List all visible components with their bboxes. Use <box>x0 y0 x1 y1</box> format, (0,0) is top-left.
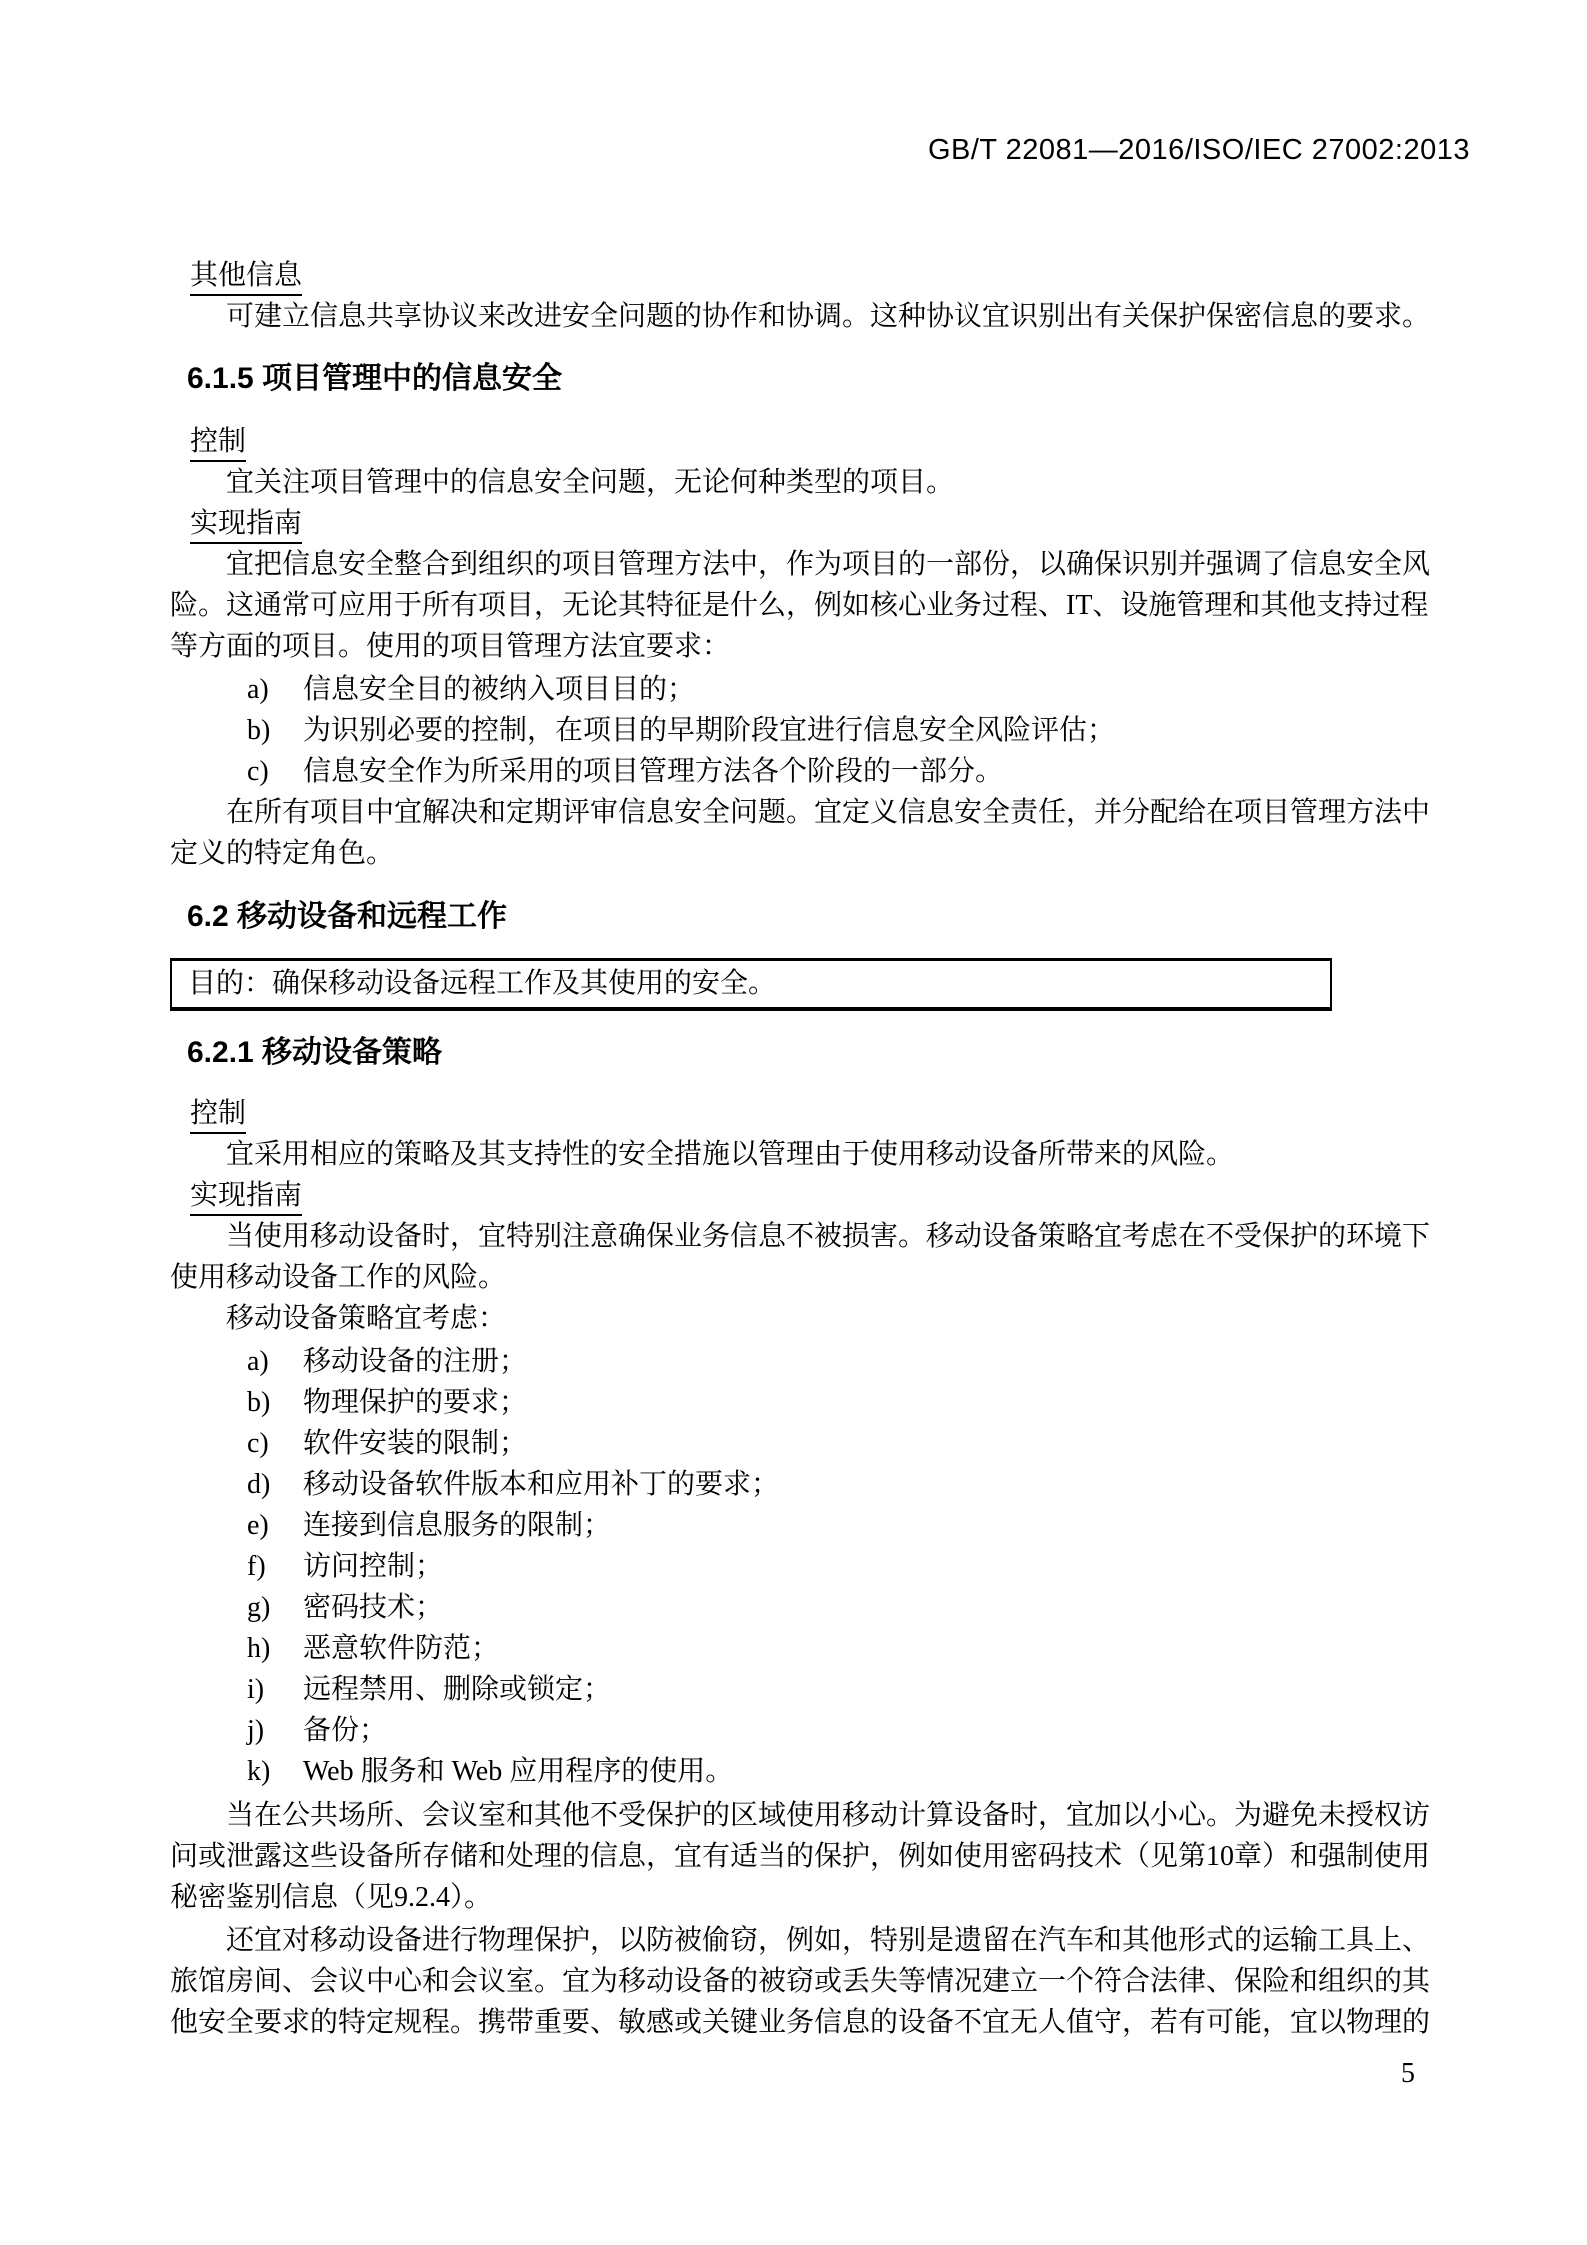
list-item-label: f) <box>247 1546 303 1587</box>
list-item: g) 密码技术； <box>247 1587 1470 1628</box>
list-item-text: 密码技术； <box>303 1587 1470 1628</box>
list-item-text: 为识别必要的控制，在项目的早期阶段宜进行信息安全风险评估； <box>303 710 1470 751</box>
control-text-621: 宜采用相应的策略及其支持性的安全措施以管理由于使用移动设备所带来的风险。 <box>170 1134 1470 1175</box>
list-item-text: 恶意软件防范； <box>303 1628 1470 1669</box>
list-item-label: b) <box>247 710 303 751</box>
list-item-label: e) <box>247 1505 303 1546</box>
list-item-text: 物理保护的要求； <box>303 1382 1470 1423</box>
list-item-text: 移动设备软件版本和应用补丁的要求； <box>303 1464 1470 1505</box>
paragraph-physical-protection: 还宜对移动设备进行物理保护，以防被偷窃，例如，特别是遗留在汽车和其他形式的运输工… <box>170 1920 1470 2043</box>
list-item-label: i) <box>247 1669 303 1710</box>
list-item-text: 信息安全作为所采用的项目管理方法各个阶段的一部分。 <box>303 751 1470 792</box>
objective-text: 目的：确保移动设备远程工作及其使用的安全。 <box>188 968 776 999</box>
list-item-label: g) <box>247 1587 303 1628</box>
guidance-close-615: 在所有项目中宜解决和定期评审信息安全问题。宜定义信息安全责任，并分配给在项目管理… <box>170 792 1470 874</box>
list-item-text: 远程禁用、删除或锁定； <box>303 1669 1470 1710</box>
page-header: GB/T 22081—2016/ISO/IEC 27002:2013 <box>170 130 1470 171</box>
list-item-label: a) <box>247 669 303 710</box>
list-item: e) 连接到信息服务的限制； <box>247 1505 1470 1546</box>
list-item: b) 为识别必要的控制，在项目的早期阶段宜进行信息安全风险评估； <box>247 710 1470 751</box>
list-item-text: 信息安全目的被纳入项目目的； <box>303 669 1470 710</box>
guidance-label-621: 实现指南 <box>190 1175 1470 1216</box>
clause-heading-62: 6.2 移动设备和远程工作 <box>187 893 1470 941</box>
control-label-621: 控制 <box>190 1093 1470 1134</box>
list-item: k) Web 服务和 Web 应用程序的使用。 <box>247 1751 1470 1792</box>
list-item: j) 备份； <box>247 1710 1470 1751</box>
guidance-intro-621: 当使用移动设备时，宜特别注意确保业务信息不被损害。移动设备策略宜考虑在不受保护的… <box>170 1216 1470 1298</box>
standard-number: GB/T 22081—2016/ISO/IEC 27002:2013 <box>928 134 1470 166</box>
control-label-615: 控制 <box>190 421 1470 462</box>
list-item-text: 移动设备的注册； <box>303 1341 1470 1382</box>
objective-box: 目的：确保移动设备远程工作及其使用的安全。 <box>170 958 1332 1011</box>
list-item: c) 软件安装的限制； <box>247 1423 1470 1464</box>
list-item: a) 移动设备的注册； <box>247 1341 1470 1382</box>
requirements-list-615: a) 信息安全目的被纳入项目目的； b) 为识别必要的控制，在项目的早期阶段宜进… <box>247 669 1470 792</box>
list-item-label: a) <box>247 1341 303 1382</box>
control-text-615: 宜关注项目管理中的信息安全问题，无论何种类型的项目。 <box>170 462 1470 503</box>
list-item-text: Web 服务和 Web 应用程序的使用。 <box>303 1751 1470 1792</box>
list-item: f) 访问控制； <box>247 1546 1470 1587</box>
list-item-label: c) <box>247 1423 303 1464</box>
list-item-label: c) <box>247 751 303 792</box>
other-info-label: 其他信息 <box>190 255 1470 296</box>
list-item-label: k) <box>247 1751 303 1792</box>
list-item-text: 软件安装的限制； <box>303 1423 1470 1464</box>
clause-heading-615: 6.1.5 项目管理中的信息安全 <box>187 355 1470 403</box>
list-item: c) 信息安全作为所采用的项目管理方法各个阶段的一部分。 <box>247 751 1470 792</box>
list-item: i) 远程禁用、删除或锁定； <box>247 1669 1470 1710</box>
guidance-label-615: 实现指南 <box>190 503 1470 544</box>
policy-intro-621: 移动设备策略宜考虑： <box>170 1298 1470 1339</box>
policy-list-621: a) 移动设备的注册； b) 物理保护的要求； c) 软件安装的限制； d) 移… <box>247 1341 1470 1792</box>
other-info-paragraph: 可建立信息共享协议来改进安全问题的协作和协调。这种协议宜识别出有关保护保密信息的… <box>170 296 1470 337</box>
guidance-intro-615: 宜把信息安全整合到组织的项目管理方法中，作为项目的一部份，以确保识别并强调了信息… <box>170 544 1470 667</box>
paragraph-public-areas: 当在公共场所、会议室和其他不受保护的区域使用移动计算设备时，宜加以小心。为避免未… <box>170 1795 1470 1918</box>
list-item-label: h) <box>247 1628 303 1669</box>
list-item: h) 恶意软件防范； <box>247 1628 1470 1669</box>
list-item: b) 物理保护的要求； <box>247 1382 1470 1423</box>
document-page: GB/T 22081—2016/ISO/IEC 27002:2013 其他信息 … <box>0 0 1587 2245</box>
list-item: a) 信息安全目的被纳入项目目的； <box>247 669 1470 710</box>
list-item-label: b) <box>247 1382 303 1423</box>
list-item-label: d) <box>247 1464 303 1505</box>
list-item-text: 访问控制； <box>303 1546 1470 1587</box>
list-item: d) 移动设备软件版本和应用补丁的要求； <box>247 1464 1470 1505</box>
list-item-text: 连接到信息服务的限制； <box>303 1505 1470 1546</box>
page-number: 5 <box>1401 2053 1415 2094</box>
list-item-label: j) <box>247 1710 303 1751</box>
clause-heading-621: 6.2.1 移动设备策略 <box>187 1029 1470 1077</box>
list-item-text: 备份； <box>303 1710 1470 1751</box>
